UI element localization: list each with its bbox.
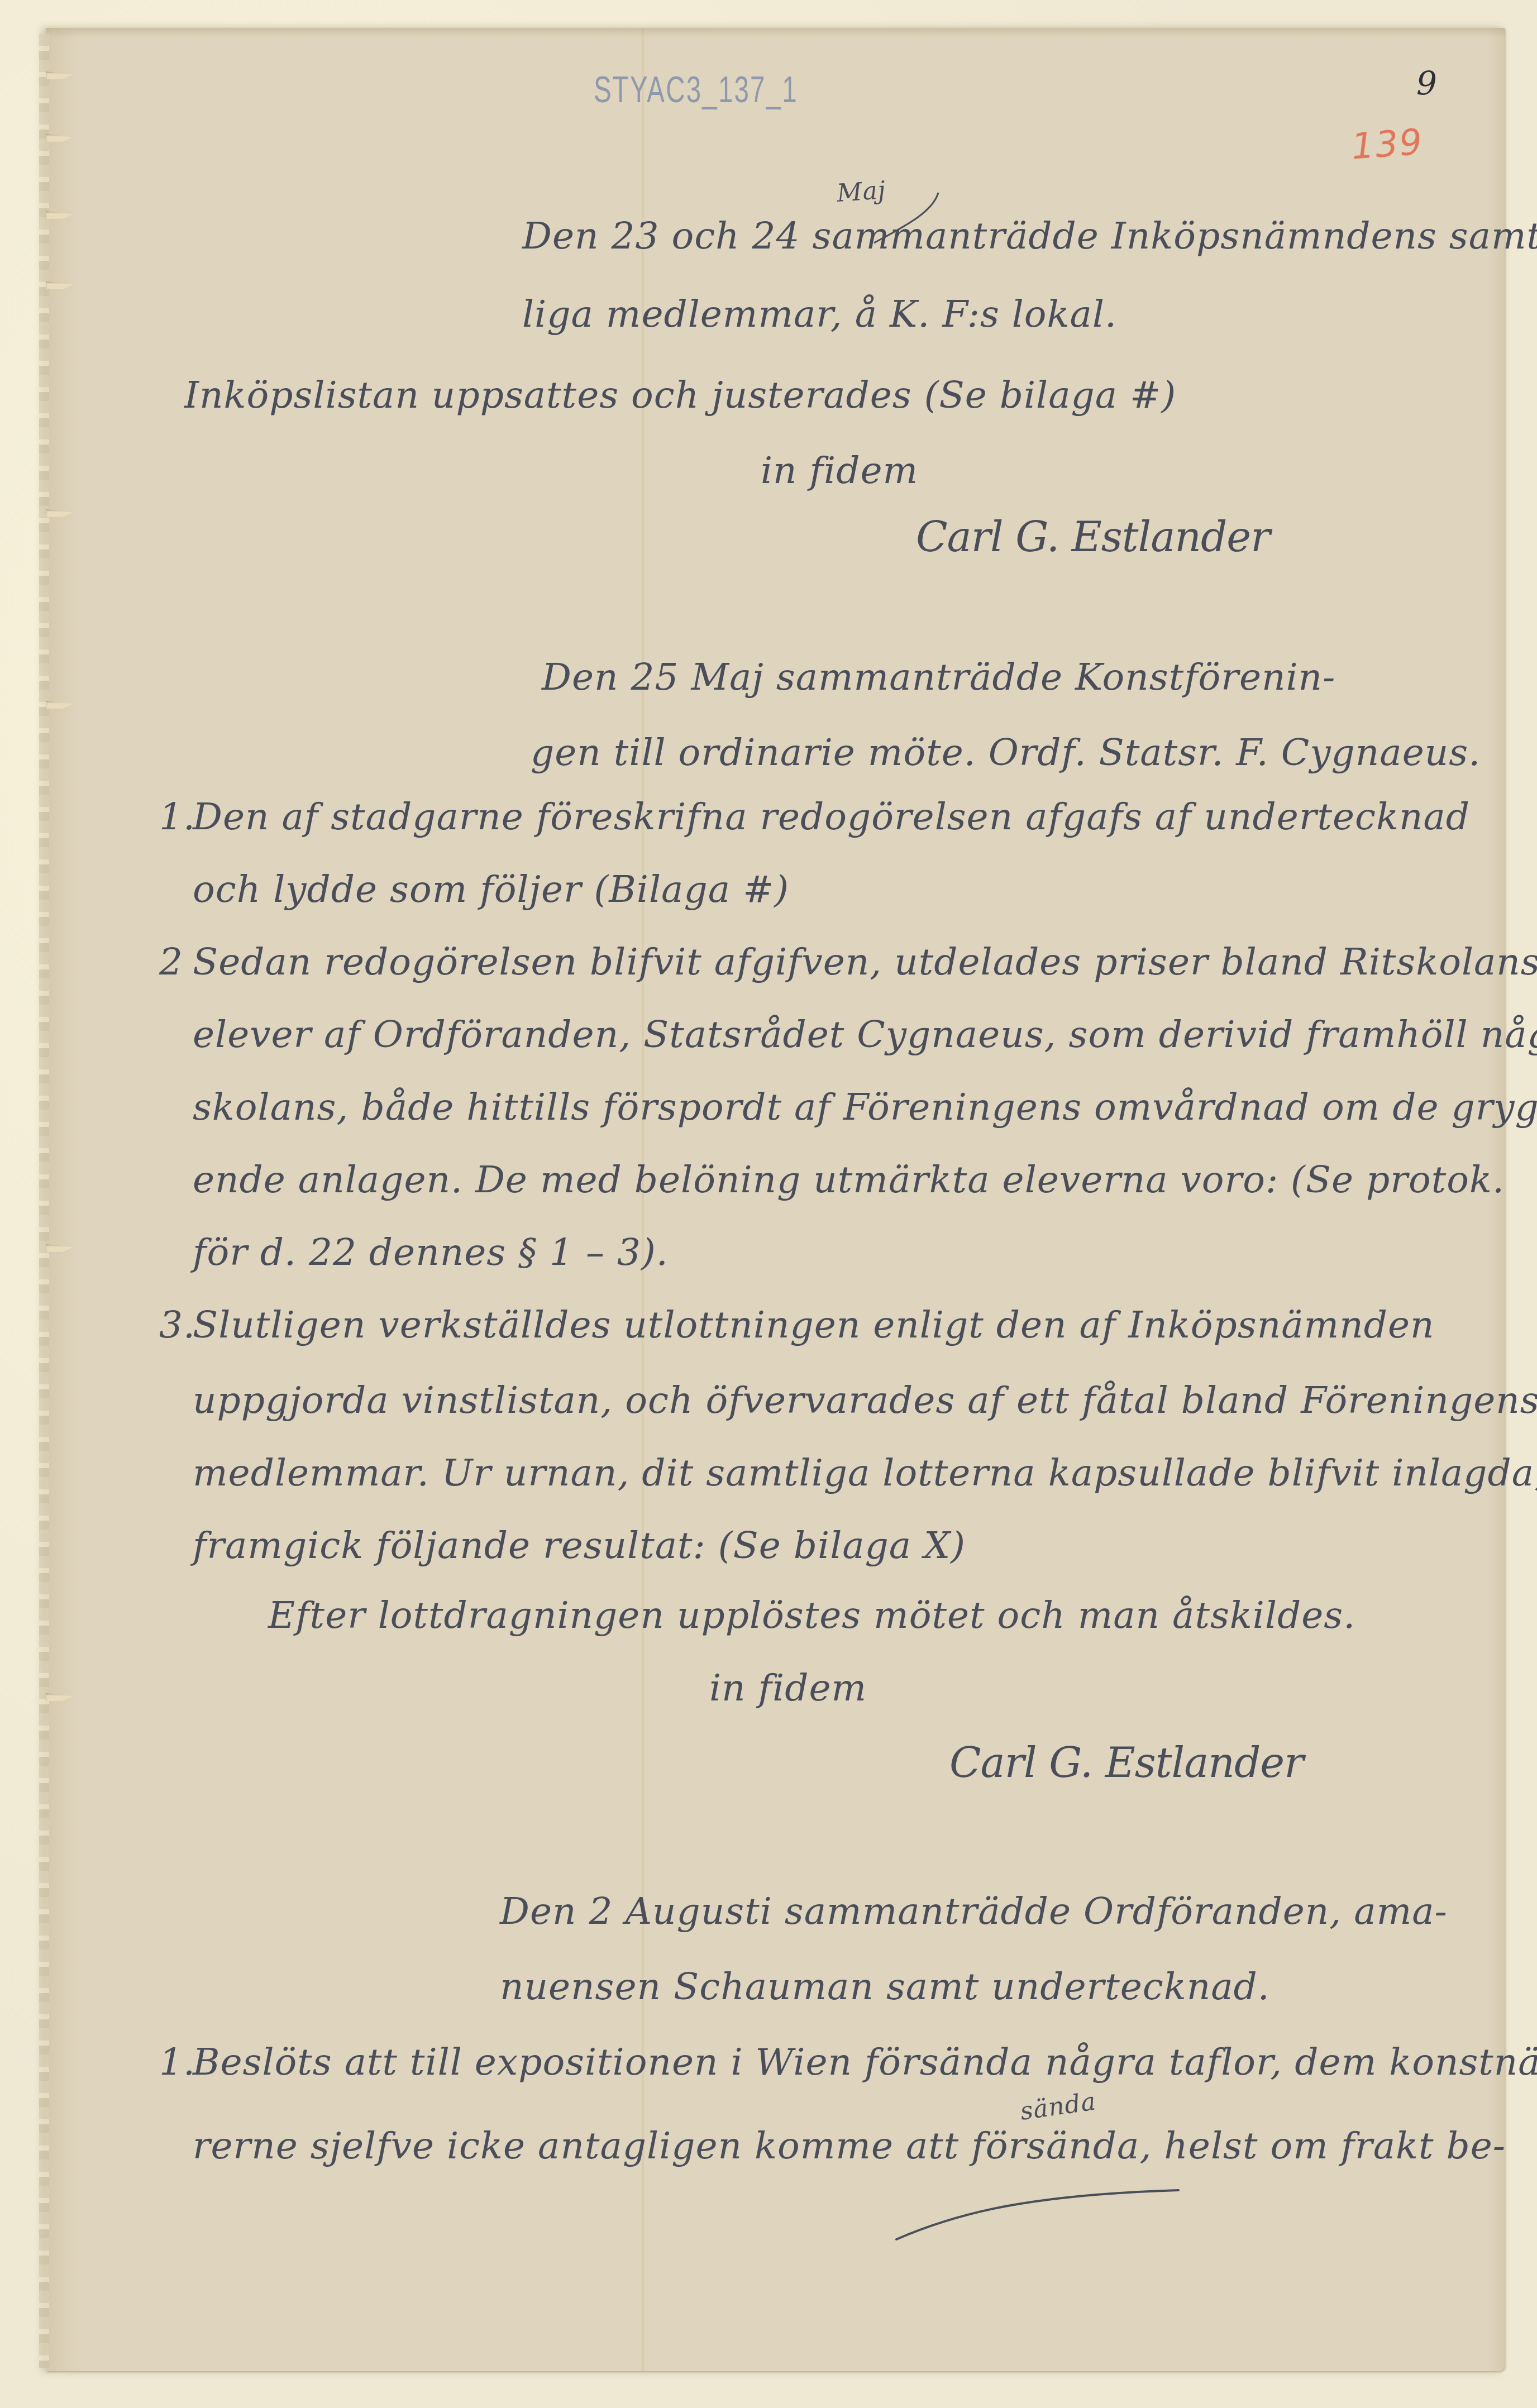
entry-intro-line: nuensen Schauman samt undertecknad.	[500, 1969, 1270, 2005]
item-line: Beslöts att till expositionen i Wien för…	[193, 2044, 1537, 2081]
item-line: framgick följande resultat: (Se bilaga X…	[193, 1527, 966, 1564]
item-number: 2	[159, 944, 183, 981]
item-line: medlemmar. Ur urnan, dit samtliga lotter…	[193, 1455, 1537, 1492]
entry-after-line: Efter lottdragningen upplöstes mötet och…	[268, 1597, 1355, 1634]
closing-rule-stroke	[894, 2178, 1184, 2245]
item-line: Slutligen verkställdes utlottningen enli…	[193, 1307, 1434, 1344]
item-line: Sedan redogörelsen blifvit afgifven, utd…	[193, 944, 1537, 981]
item-line: Den af stadgarne föreskrifna redogörelse…	[193, 799, 1470, 835]
item-line: och lydde som följer (Bilaga #)	[193, 871, 789, 908]
folio-number: 9	[1416, 64, 1437, 102]
closing-formula: in fidem	[761, 452, 918, 489]
item-line: uppgjorda vinstlistan, och öfvervarades …	[193, 1382, 1537, 1419]
archive-mark: STYAC3_137_1	[594, 68, 798, 111]
entry-intro-line: Den 25 Maj sammanträdde Konstförenin-	[542, 659, 1335, 696]
item-line: elever af Ordföranden, Statsrådet Cygnae…	[193, 1016, 1537, 1053]
signature: Carl G. Estlander	[949, 1742, 1304, 1784]
item-number: 1.	[159, 2044, 195, 2081]
red-page-number: 139	[1350, 122, 1425, 168]
entry-line: Den 23 och 24 sammanträdde Inköpsnämnden…	[522, 218, 1537, 255]
item-line: skolans, både hittills förspordt af Före…	[193, 1089, 1537, 1126]
item-number: 3.	[159, 1307, 195, 1344]
item-line: ende anlagen. De med belöning utmärkta e…	[193, 1162, 1505, 1198]
item-line: för d. 22 dennes § 1 – 3).	[193, 1234, 669, 1271]
entry-intro-line: Den 2 Augusti sammanträdde Ordföranden, …	[500, 1893, 1448, 1930]
item-number: 1.	[159, 799, 195, 835]
entry-intro-line: gen till ordinarie möte. Ordf. Statsr. F…	[531, 734, 1481, 771]
closing-formula: in fidem	[709, 1670, 867, 1707]
entry-line: liga medlemmar, å K. F:s lokal.	[522, 296, 1117, 333]
signature: Carl G. Estlander	[916, 517, 1270, 558]
item-line: rerne sjelfve icke antagligen komme att …	[193, 2128, 1506, 2165]
entry-line: Inköpslistan uppsattes och justerades (S…	[184, 377, 1176, 414]
torn-binding-edge	[39, 34, 49, 2368]
